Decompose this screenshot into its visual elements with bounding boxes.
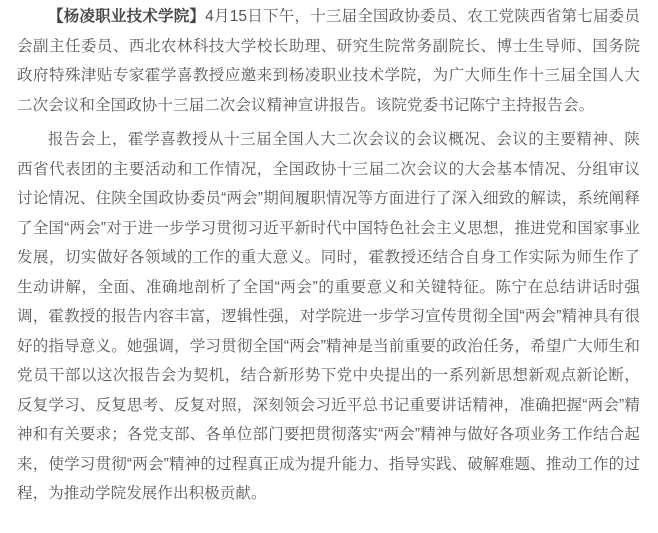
paragraph-intro: 【杨凌职业技术学院】4月15日下午，十三届全国政协委员、农工党陕西省第七届委员会… xyxy=(17,2,640,120)
paragraph-report: 报告会上，霍学喜教授从十三届全国人大二次会议的会议概况、会议的主要精神、陕西省代… xyxy=(17,125,640,509)
org-name-bold: 【杨凌职业技术学院】 xyxy=(48,8,205,25)
article-page: 【杨凌职业技术学院】4月15日下午，十三届全国政协委员、农工党陕西省第七届委员会… xyxy=(0,0,658,533)
paragraph-report-text: 报告会上，霍学喜教授从十三届全国人大二次会议的会议概况、会议的主要精神、陕西省代… xyxy=(17,131,640,502)
article-body: 【杨凌职业技术学院】4月15日下午，十三届全国政协委员、农工党陕西省第七届委员会… xyxy=(0,0,658,533)
